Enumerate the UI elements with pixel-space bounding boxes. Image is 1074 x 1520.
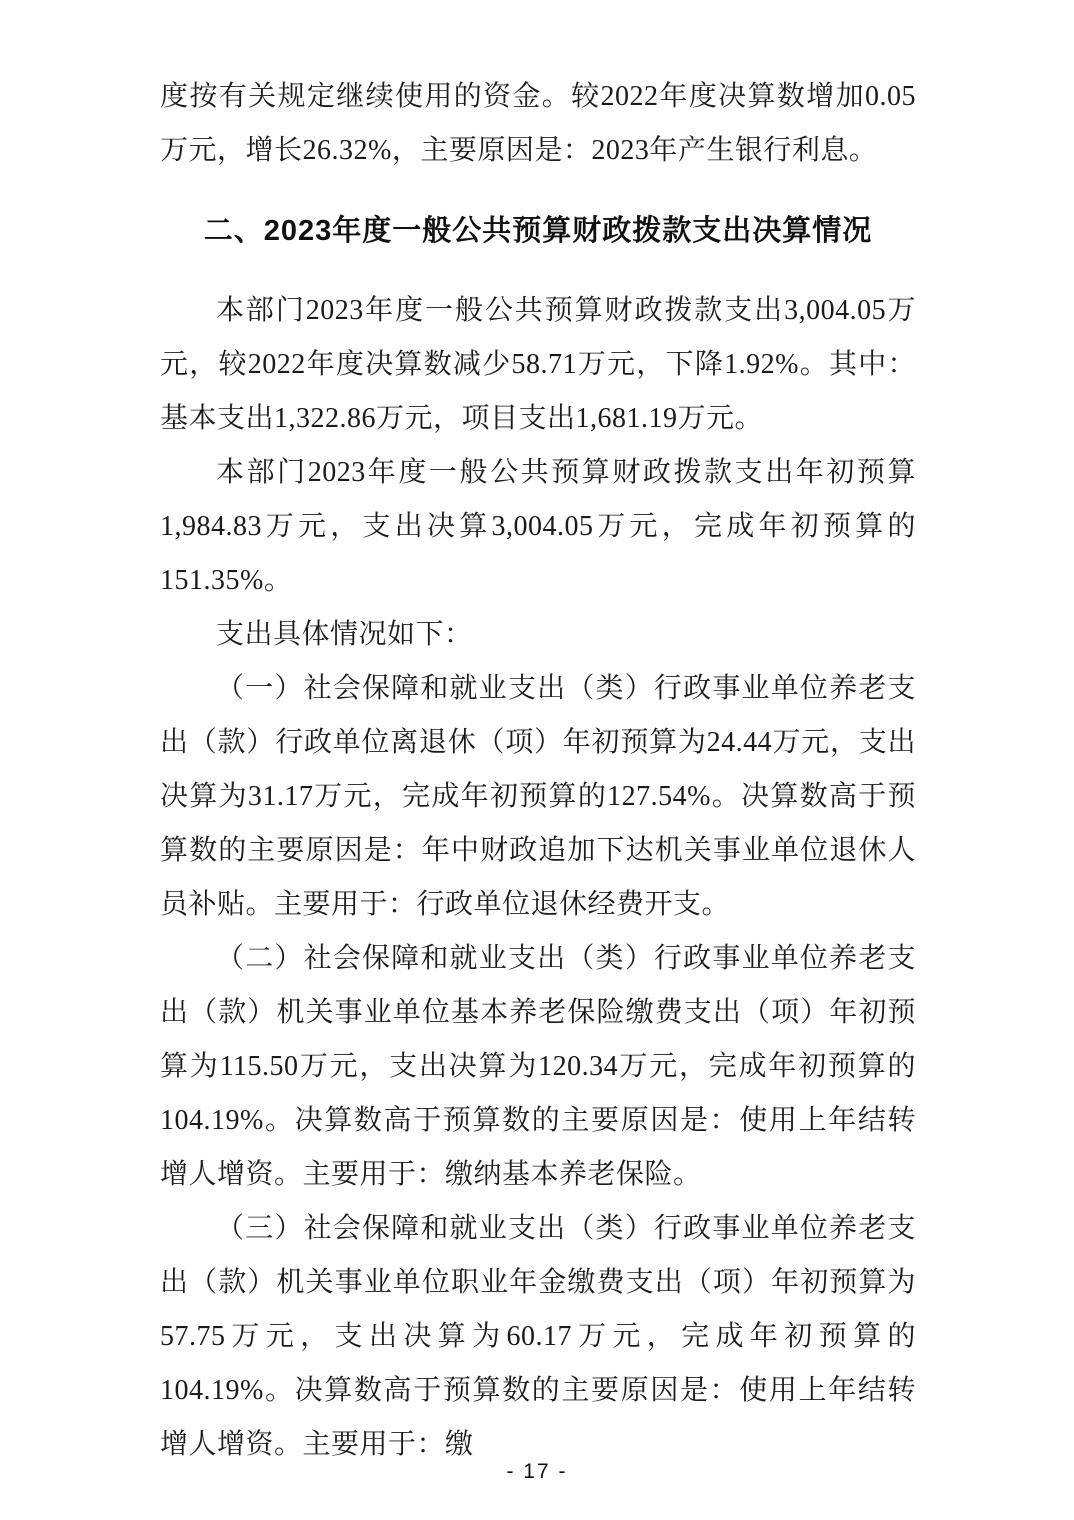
section-heading: 二、2023年度一般公共预算财政拨款支出决算情况	[160, 204, 916, 258]
paragraph-details-intro: 支出具体情况如下：	[160, 608, 916, 662]
paragraph-general-expenditure-summary: 本部门2023年度一般公共预算财政拨款支出3,004.05万元，较2022年度决…	[160, 284, 916, 446]
paragraph-continuation: 度按有关规定继续使用的资金。较2022年度决算数增加0.05万元，增长26.32…	[160, 70, 916, 178]
document-content: 度按有关规定继续使用的资金。较2022年度决算数增加0.05万元，增长26.32…	[160, 70, 916, 1472]
page-number: - 17 -	[506, 1460, 567, 1483]
paragraph-item-1: （一）社会保障和就业支出（类）行政事业单位养老支出（款）行政单位离退休（项）年初…	[160, 662, 916, 932]
document-page: 度按有关规定继续使用的资金。较2022年度决算数增加0.05万元，增长26.32…	[0, 0, 1074, 1520]
paragraph-budget-vs-final: 本部门2023年度一般公共预算财政拨款支出年初预算1,984.83万元，支出决算…	[160, 446, 916, 608]
paragraph-item-3: （三）社会保障和就业支出（类）行政事业单位养老支出（款）机关事业单位职业年金缴费…	[160, 1202, 916, 1472]
paragraph-item-2: （二）社会保障和就业支出（类）行政事业单位养老支出（款）机关事业单位基本养老保险…	[160, 932, 916, 1202]
page-footer: - 17 -	[0, 1460, 1074, 1484]
